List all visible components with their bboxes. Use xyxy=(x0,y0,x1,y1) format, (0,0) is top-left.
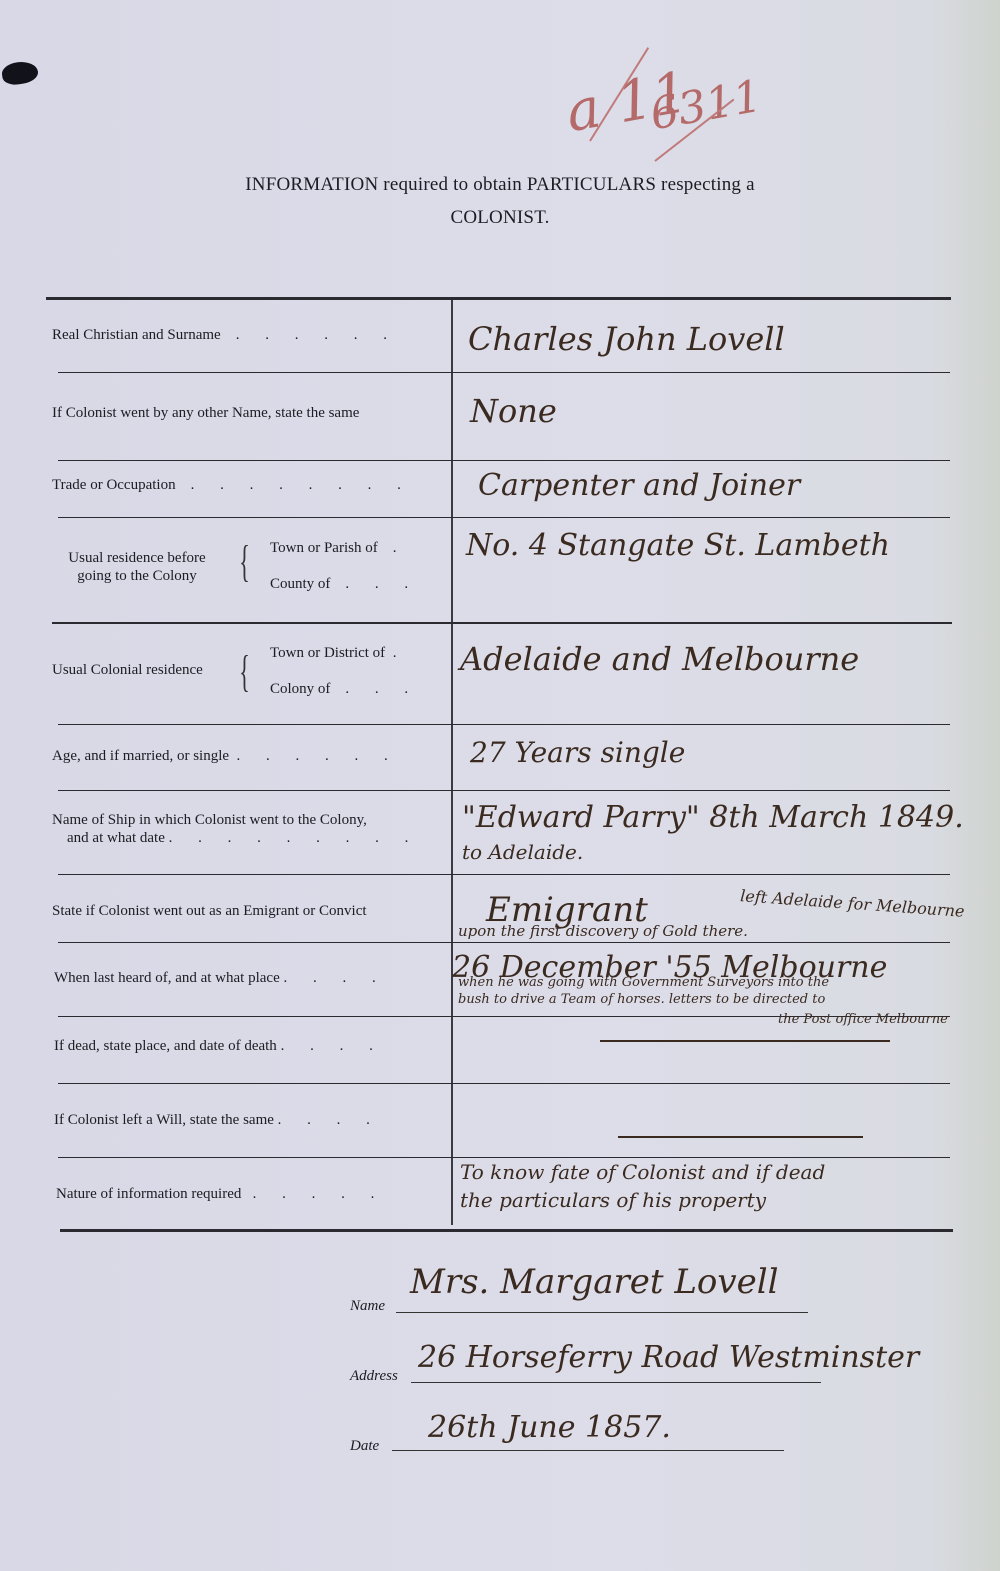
field-label-age: Age, and if married, or single . . . . .… xyxy=(52,748,399,765)
field-sublabel-colony: Colony of . . . xyxy=(270,681,419,698)
column-divider xyxy=(451,300,453,1225)
value-last-heard-note-3: the Post office Melbourne xyxy=(778,1012,948,1027)
value-ship: "Edward Parry" 8th March 1849. xyxy=(462,800,964,835)
brace: { xyxy=(239,646,250,697)
value-emigrant-note-2: upon the first discovery of Gold there. xyxy=(458,922,748,940)
field-label-name: Real Christian and Surname . . . . . . xyxy=(52,327,398,344)
row-rule xyxy=(58,790,950,791)
row-rule xyxy=(58,372,950,373)
applicant-name-line xyxy=(396,1312,808,1313)
field-sublabel-town-district: Town or District of . xyxy=(270,645,396,662)
value-nature-2: the particulars of his property xyxy=(460,1188,766,1212)
row-rule xyxy=(58,874,950,875)
applicant-address-value: 26 Horseferry Road Westminster xyxy=(418,1340,919,1375)
bottom-rule xyxy=(60,1229,953,1232)
row-rule xyxy=(58,460,950,461)
row-rule xyxy=(58,942,950,943)
value-ship-destination: to Adelaide. xyxy=(462,840,583,864)
top-rule xyxy=(46,297,951,300)
row-rule xyxy=(58,517,950,518)
field-label-last-heard: When last heard of, and at what place . … xyxy=(54,970,387,987)
value-nature: To know fate of Colonist and if dead xyxy=(460,1160,825,1184)
value-other-name: None xyxy=(470,392,557,430)
brace: { xyxy=(239,536,250,587)
row-rule xyxy=(58,1083,950,1084)
applicant-name-label: Name xyxy=(350,1298,385,1315)
document-page: a 11 6311 INFORMATION required to obtain… xyxy=(0,0,1000,1571)
applicant-date-value: 26th June 1857. xyxy=(428,1410,671,1445)
field-label-emigrant-convict: State if Colonist went out as an Emigran… xyxy=(52,903,367,920)
row-rule xyxy=(58,724,950,725)
applicant-date-label: Date xyxy=(350,1438,379,1455)
value-residence-before: No. 4 Stangate St. Lambeth xyxy=(466,528,890,563)
field-label-nature: Nature of information required . . . . . xyxy=(56,1186,385,1203)
field-label-will: If Colonist left a Will, state the same … xyxy=(54,1112,381,1129)
blank-dash-death xyxy=(600,1040,890,1042)
value-occupation: Carpenter and Joiner xyxy=(478,468,800,503)
applicant-address-line xyxy=(411,1382,821,1383)
field-label-other-name: If Colonist went by any other Name, stat… xyxy=(52,405,359,422)
value-age: 27 Years single xyxy=(470,736,685,769)
form-title: INFORMATION required to obtain PARTICULA… xyxy=(0,174,1000,196)
row-rule xyxy=(58,1157,950,1158)
value-colonial-residence: Adelaide and Melbourne xyxy=(460,640,859,678)
field-sublabel-town-parish: Town or Parish of . xyxy=(270,540,396,557)
row-rule xyxy=(52,622,952,624)
applicant-name-value: Mrs. Margaret Lovell xyxy=(410,1262,778,1302)
field-label-death: If dead, state place, and date of death … xyxy=(54,1038,384,1055)
value-last-heard-note-1: when he was going with Government Survey… xyxy=(458,975,829,990)
blank-dash-will xyxy=(618,1136,863,1138)
field-sublabel-county: County of . . . xyxy=(270,576,419,593)
field-label-residence-before: Usual residence beforegoing to the Colon… xyxy=(52,549,222,585)
field-label-colonial-residence: Usual Colonial residence xyxy=(52,662,203,679)
applicant-date-line xyxy=(392,1450,784,1451)
value-last-heard-note-2: bush to drive a Team of horses. letters … xyxy=(458,992,825,1007)
field-label-occupation: Trade or Occupation . . . . . . . . xyxy=(52,477,412,494)
form-subtitle: COLONIST. xyxy=(0,207,1000,229)
value-name: Charles John Lovell xyxy=(468,320,785,358)
ink-blot xyxy=(1,60,40,87)
value-emigrant-note: left Adelaide for Melbourne xyxy=(740,886,965,921)
applicant-address-label: Address xyxy=(350,1368,398,1385)
field-label-ship: Name of Ship in which Colonist went to t… xyxy=(52,811,419,847)
